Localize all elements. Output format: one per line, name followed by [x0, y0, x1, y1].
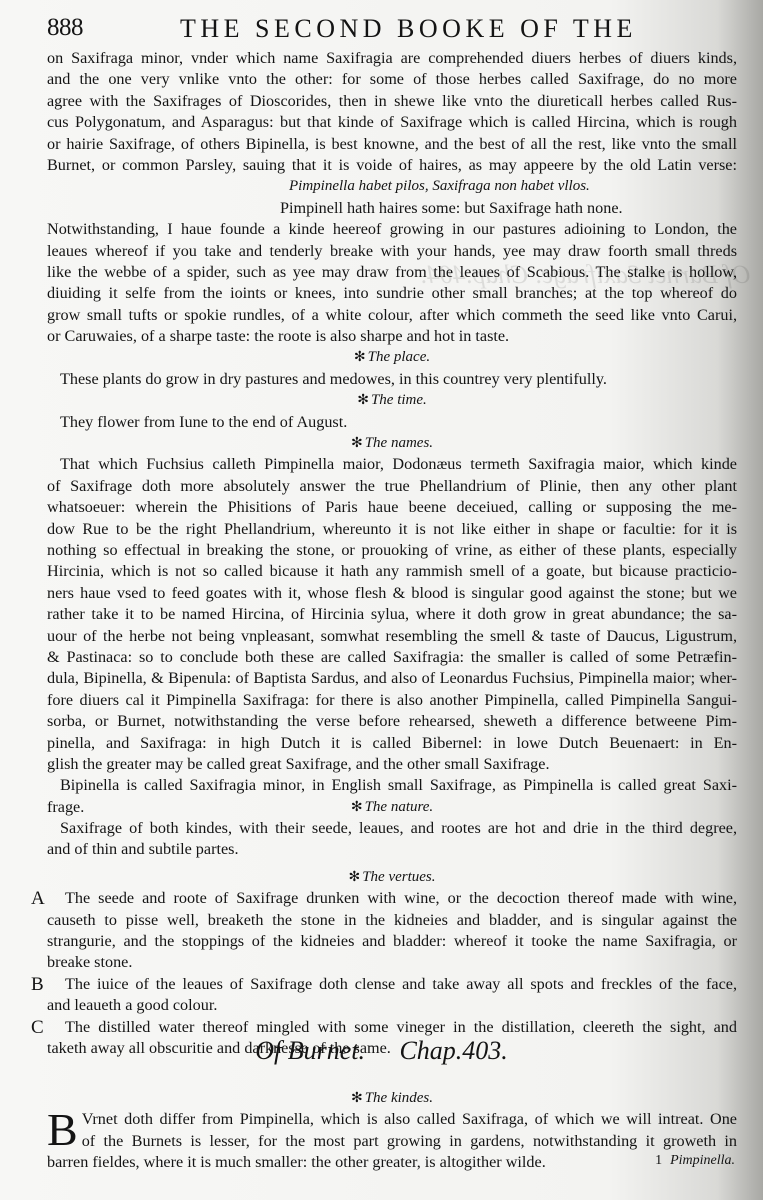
text-line: Saxifrage of both kindes, with their see… [47, 818, 737, 839]
section-mark-icon: ✻ [351, 436, 363, 451]
text-line: fore diuers cal it Pimpinella Saxifraga:… [47, 690, 737, 711]
section-mark-icon: ✻ [351, 1091, 363, 1106]
text-line: glish the greater may be called great Sa… [47, 754, 737, 775]
description-paragraph: Notwithstanding, I haue founde a kinde h… [47, 219, 737, 347]
text-line: of Saxifrage doth more absolutely answer… [47, 476, 737, 497]
chapter-heading: Of Burnet. Chap.403. [0, 1036, 763, 1066]
margin-marker: A [31, 888, 45, 909]
text-line: causeth to pisse well, breaketh the ston… [47, 910, 737, 931]
margin-marker: B [31, 974, 44, 995]
running-title: THE SECOND BOOKE OF THE [180, 14, 637, 44]
place-text: These plants do grow in dry pastures and… [47, 369, 737, 390]
text-line: sorba, or Burnet, notwithstanding the ve… [47, 711, 737, 732]
text-line: dula, Bipinella, & Bipenula: of Baptista… [47, 668, 737, 689]
text-line: The distilled water thereof mingled with… [47, 1017, 737, 1038]
text-line: or hairie Saxifrage, of others Bipinella… [47, 134, 737, 155]
text-line: and the one very vnlike vnto the other: … [47, 69, 737, 90]
text-line: on Saxifraga minor, vnder which name Sax… [47, 48, 737, 69]
text-line: nothing so effectual in breaking the sto… [47, 540, 737, 561]
text-line: like the webbe of a spider, such as yee … [47, 262, 737, 283]
text-line: uour of the herbe not being vnpleasant, … [47, 626, 737, 647]
kindes-paragraph: B Vrnet doth differ from Pimpinella, whi… [47, 1109, 737, 1173]
text-line: leaues whereof if you take and tenderly … [47, 241, 737, 262]
text-line: of the Burnets is lesser, for the most p… [82, 1131, 737, 1152]
text-line: diuiding it selfe from the ioints or kne… [47, 283, 737, 304]
section-mark-icon: ✻ [348, 870, 360, 885]
page-number: 888 [47, 14, 83, 42]
book-page: Of Burnet Saxifrage. Chap.404. 888 THE S… [0, 0, 763, 1200]
section-heading-nature: ✻The nature. [47, 797, 737, 818]
text-line: agree with the Saxifrages of Dioscorides… [47, 91, 737, 112]
section-heading-time: ✻The time. [47, 390, 737, 411]
section-heading-vertues: ✻The vertues. [47, 867, 737, 888]
text-line: strangurie, and the stoppings of the kid… [47, 931, 737, 952]
running-head: 888 THE SECOND BOOKE OF THE [47, 14, 703, 48]
margin-marker: C [31, 1017, 44, 1038]
text-line: Bipinella is called Saxifragia minor, in… [47, 775, 737, 796]
vertue-item-a: A The seede and roote of Saxifrage drunk… [47, 888, 737, 974]
section-mark-icon: ✻ [354, 350, 366, 365]
text-line: and of thin and subtile partes. [47, 839, 737, 860]
text-line: dow Rue to be the right Phellandrium, wh… [47, 519, 737, 540]
text-line: and leaueth a good colour. [47, 995, 737, 1016]
text-line: Vrnet doth differ from Pimpinella, which… [82, 1109, 737, 1130]
chapter-number: Chap.403. [399, 1036, 507, 1065]
text-line: or Caruwaies, of a sharpe taste: the roo… [47, 326, 737, 347]
text-line: breake stone. [47, 952, 737, 973]
text-line: barren fieldes, where it is much smaller… [47, 1152, 737, 1173]
text-line: That which Fuchsius calleth Pimpinella m… [47, 454, 737, 475]
text-line: whatsoeuer: wherein the Phisitions of Pa… [47, 497, 737, 518]
english-verse: Pimpinell hath haires some: but Saxifrag… [47, 198, 737, 219]
body-text: on Saxifraga minor, vnder which name Sax… [47, 48, 737, 1059]
time-text: They flower from Iune to the end of Augu… [47, 412, 737, 433]
text-line: Hircinia, which is not so called bicause… [47, 561, 737, 582]
section-heading-place: ✻The place. [47, 347, 737, 368]
text-line: & Pastinaca: so to conclude both these a… [47, 647, 737, 668]
text-line: rather take it to be named Hircina, of H… [47, 604, 737, 625]
text-line: pinella, and Saxifraga: in high Dutch it… [47, 733, 737, 754]
opening-paragraph: on Saxifraga minor, vnder which name Sax… [47, 48, 737, 176]
text-line: Burnet, or common Parsley, sauing that i… [47, 155, 737, 176]
section-heading-names: ✻The names. [47, 433, 737, 454]
nature-heading-row: frage. ✻The nature. [47, 797, 737, 818]
text-line: The iuice of the leaues of Saxifrage dot… [47, 974, 737, 995]
chapter-body: ✻The kindes. B Vrnet doth differ from Pi… [47, 1088, 737, 1174]
names-paragraph: That which Fuchsius calleth Pimpinella m… [47, 454, 737, 796]
section-mark-icon: ✻ [351, 800, 363, 815]
catchword: 1Pimpinella. [655, 1153, 735, 1169]
section-heading-kindes: ✻The kindes. [47, 1088, 737, 1109]
catchword-text: Pimpinella. [670, 1153, 735, 1168]
drop-cap: B [47, 1111, 78, 1149]
text-line: Notwithstanding, I haue founde a kinde h… [47, 219, 737, 240]
vertue-item-b: B The iuice of the leaues of Saxifrage d… [47, 974, 737, 1017]
text-line: grow small tufts or spokie rundles, of a… [47, 305, 737, 326]
section-mark-icon: ✻ [357, 393, 369, 408]
latin-verse: Pimpinella habet pilos, Saxifraga non ha… [47, 176, 737, 197]
text-line: cus Polygonatum, and Asparagus: but that… [47, 112, 737, 133]
text-line: ners haue vsed to feed goates with it, w… [47, 583, 737, 604]
catchword-number: 1 [655, 1153, 662, 1168]
chapter-title: Of Burnet. [255, 1036, 365, 1065]
text-line: The seede and roote of Saxifrage drunken… [47, 888, 737, 909]
